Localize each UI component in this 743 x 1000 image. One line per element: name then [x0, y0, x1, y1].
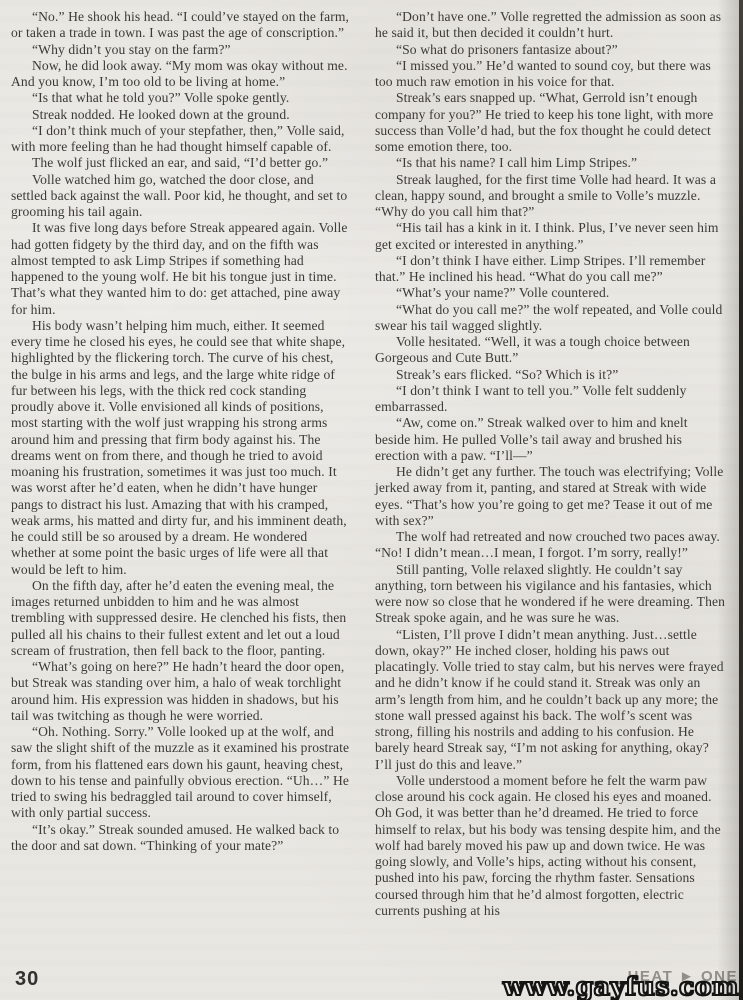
paragraph: “I don’t think I want to tell you.” Voll…	[375, 383, 725, 416]
paragraph: Streak’s ears flicked. “So? Which is it?…	[375, 367, 725, 383]
paragraph: The wolf had retreated and now crouched …	[375, 529, 725, 562]
paragraph: “I don’t think much of your stepfather, …	[11, 123, 352, 156]
book-page: “No.” He shook his head. “I could’ve sta…	[0, 0, 743, 1000]
paragraph: “His tail has a kink in it. I think. Plu…	[375, 220, 725, 253]
paragraph: “It’s okay.” Streak sounded amused. He w…	[11, 822, 352, 855]
scan-edge	[739, 0, 743, 1000]
paragraph: Streak nodded. He looked down at the gro…	[11, 107, 352, 123]
paragraph: “What do you call me?” the wolf repeated…	[375, 302, 725, 335]
paragraph: Streak’s ears snapped up. “What, Gerrold…	[375, 90, 725, 155]
paragraph: “Aw, come on.” Streak walked over to him…	[375, 415, 725, 464]
paragraph: Volle understood a moment before he felt…	[375, 773, 725, 919]
paragraph: He didn’t get any further. The touch was…	[375, 464, 725, 529]
paragraph: “Is that his name? I call him Limp Strip…	[375, 155, 725, 171]
paragraph: His body wasn’t helping him much, either…	[11, 318, 352, 578]
paragraph: Still panting, Volle relaxed slightly. H…	[375, 562, 725, 627]
paragraph: Now, he did look away. “My mom was okay …	[11, 58, 352, 91]
watermark: www.gayfus.com	[503, 972, 739, 1000]
paragraph: Volle hesitated. “Well, it was a tough c…	[375, 334, 725, 367]
paragraph: “Oh. Nothing. Sorry.” Volle looked up at…	[11, 724, 352, 822]
paragraph: “Listen, I’ll prove I didn’t mean anythi…	[375, 627, 725, 773]
paragraph: On the fifth day, after he’d eaten the e…	[11, 578, 352, 659]
paragraph: “What’s going on here?” He hadn’t heard …	[11, 659, 352, 724]
text-column-right: “Don’t have one.” Volle regretted the ad…	[375, 9, 725, 919]
text-column-left: “No.” He shook his head. “I could’ve sta…	[11, 9, 352, 919]
paragraph: “So what do prisoners fantasize about?”	[375, 42, 725, 58]
paragraph: The wolf just flicked an ear, and said, …	[11, 155, 352, 171]
page-number: 30	[15, 968, 39, 991]
text-columns: “No.” He shook his head. “I could’ve sta…	[11, 9, 725, 919]
paragraph: “Why didn’t you stay on the farm?”	[11, 42, 352, 58]
paragraph: “No.” He shook his head. “I could’ve sta…	[11, 9, 352, 42]
paragraph: “I missed you.” He’d wanted to sound coy…	[375, 58, 725, 91]
paragraph: It was five long days before Streak appe…	[11, 220, 352, 318]
paragraph: “What’s your name?” Volle countered.	[375, 285, 725, 301]
paragraph: Volle watched him go, watched the door c…	[11, 172, 352, 221]
paragraph: “I don’t think I have either. Limp Strip…	[375, 253, 725, 286]
paragraph: “Don’t have one.” Volle regretted the ad…	[375, 9, 725, 42]
paragraph: “Is that what he told you?” Volle spoke …	[11, 90, 352, 106]
paragraph: Streak laughed, for the first time Volle…	[375, 172, 725, 221]
